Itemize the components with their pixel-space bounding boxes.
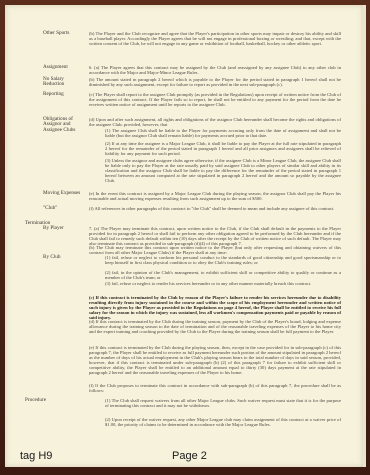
clause-text: (e) In the event this contract is assign… — [89, 191, 341, 201]
clause-text: (3) Unless the assignor and assignee clu… — [89, 158, 341, 183]
contract-page: Other Sports(b) The Player and the Club … — [5, 5, 366, 467]
clause-text: 7. (a) The Player may terminate this con… — [89, 226, 341, 246]
clause-text: (b) The Player and the Club recognize an… — [89, 31, 341, 46]
clause-text: (2) If at any time the assignee is a Maj… — [89, 141, 341, 156]
clause-text: (d) Upon and after such assignment, all … — [89, 117, 341, 127]
margin-heading: Other Sports — [43, 31, 81, 36]
clause-text: (1) The assignee Club shall be liable to… — [89, 128, 341, 138]
contract-section: By Player7. (a) The Player may terminate… — [5, 226, 363, 246]
contract-section: Procedure(1) The Club shall request waiv… — [5, 398, 363, 408]
clause-text: (3) fail, refuse or neglect to render hi… — [89, 281, 341, 286]
margin-heading: No Salary Reduction — [43, 77, 81, 88]
clause-text: (d) If this contract is terminated by th… — [89, 319, 341, 334]
contract-section: Assignment6. (a) The Player agrees that … — [5, 65, 363, 75]
contract-section: (1) The assignee Club shall be liable to… — [5, 128, 363, 138]
contract-section: (2) Upon receipt of the waiver request, … — [5, 417, 363, 427]
margin-heading: By Player — [43, 226, 81, 231]
contract-section: Moving Expenses(e) In the event this con… — [5, 191, 363, 201]
margin-heading: By Club — [43, 255, 81, 260]
clause-text: (1) The Club shall request waivers from … — [89, 398, 341, 408]
tag-label: tag H9 — [20, 450, 52, 462]
clause-text: (c) The Player shall report to the assig… — [89, 92, 341, 107]
clause-text: (c) If this contract is terminated by th… — [89, 295, 341, 320]
clause-text: 6. (a) The Player agrees that this contr… — [89, 65, 341, 75]
contract-section: (f) If the Club proposes to terminate th… — [5, 383, 363, 393]
clause-text: (2) Upon receipt of the waiver request, … — [89, 417, 341, 427]
clause-text: (b) The amount stated in paragraph 2 her… — [89, 77, 341, 87]
contract-section: (c) If this contract is terminated by th… — [5, 295, 363, 320]
contract-section: Obligations of Assignor and Assignee Clu… — [5, 117, 363, 127]
contract-section: (3) fail, refuse or neglect to render hi… — [5, 281, 363, 286]
contract-section: (2) If at any time the assignee is a Maj… — [5, 141, 363, 156]
contract-section: Reporting(c) The Player shall report to … — [5, 92, 363, 107]
clause-text: (1) fail, refuse or neglect to conform h… — [89, 255, 341, 265]
margin-heading: Procedure — [25, 398, 63, 403]
contract-section: No Salary Reduction(b) The amount stated… — [5, 77, 363, 87]
contract-section: "Club"(f) All references in other paragr… — [5, 206, 363, 211]
margin-heading: Assignment — [43, 65, 81, 70]
clause-text: (f) If the Club proposes to terminate th… — [89, 383, 341, 393]
clause-text: (2) fail, in the opinion of the Club's m… — [89, 270, 341, 280]
margin-heading: Reporting — [43, 92, 81, 97]
margin-heading: Moving Expenses — [43, 191, 81, 196]
contract-section: (e) If this contract is terminated by th… — [5, 345, 363, 376]
contract-section: (d) If this contract is terminated by th… — [5, 319, 363, 334]
clause-text: (b) The Club may terminate this contract… — [89, 245, 341, 255]
margin-heading: "Club" — [43, 206, 81, 211]
page-number: Page 2 — [172, 450, 207, 462]
contract-section: By Club(1) fail, refuse or neglect to co… — [5, 255, 363, 265]
clause-text: (e) If this contract is terminated by th… — [89, 345, 341, 376]
contract-section: Other Sports(b) The Player and the Club … — [5, 31, 363, 46]
contract-section: (3) Unless the assignor and assignee clu… — [5, 158, 363, 183]
contract-section: (2) fail, in the opinion of the Club's m… — [5, 270, 363, 280]
clause-text: (f) All references in other paragraphs o… — [89, 206, 341, 211]
